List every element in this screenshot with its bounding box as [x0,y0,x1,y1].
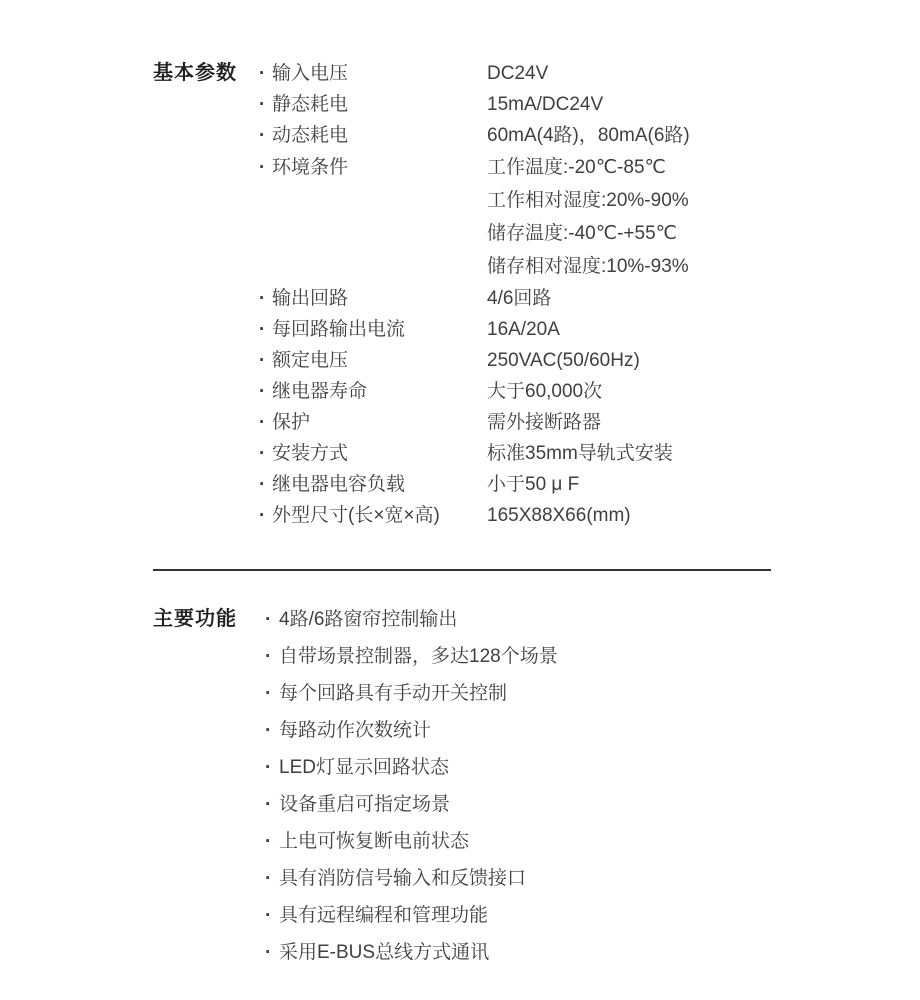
param-value-line: 工作相对湿度:20%-90% [487,184,860,217]
param-value: 250VAC(50/60Hz) [487,345,860,376]
bullet-icon: · [259,376,272,407]
bullet-icon: · [259,89,272,120]
function-text: 自带场景控制器，多达128个场景 [279,638,558,675]
param-label: 每回路输出电流 [272,314,487,345]
param-value-line: 储存温度:-40℃-+55℃ [487,217,860,250]
main-functions-title: 主要功能 [153,601,265,638]
function-text: 每路动作次数统计 [279,712,431,749]
basic-params-table: ·输入电压DC24V·静态耗电15mA/DC24V·动态耗电60mA(4路)，8… [259,58,860,531]
param-label: 输出回路 [272,283,487,314]
bullet-icon: · [259,469,272,500]
bullet-icon: · [265,675,279,712]
param-value-line: 储存相对湿度:10%-93% [487,250,860,283]
bullet-icon: · [259,58,272,89]
bullet-icon: · [265,897,279,934]
list-item: ·每路动作次数统计 [265,712,860,749]
list-item: ·每个回路具有手动开关控制 [265,675,860,712]
spec-document-page: 基本参数 ·输入电压DC24V·静态耗电15mA/DC24V·动态耗电60mA(… [0,0,920,1000]
table-row: ·静态耗电15mA/DC24V [259,89,860,120]
param-label: 静态耗电 [272,89,487,120]
function-text: 采用E-BUS总线方式通讯 [279,934,489,971]
bullet-icon: · [259,151,272,184]
bullet-icon: · [259,500,272,531]
table-row: ·安装方式标准35mm导轨式安装 [259,438,860,469]
param-value: 15mA/DC24V [487,89,860,120]
list-item: ·自带场景控制器，多达128个场景 [265,638,860,675]
function-text: 4路/6路窗帘控制输出 [279,601,457,638]
param-value: 4/6回路 [487,283,860,314]
section-divider [153,569,771,571]
function-text: 设备重启可指定场景 [279,786,450,823]
bullet-icon: · [265,749,279,786]
table-row: ·继电器寿命大于60,000次 [259,376,860,407]
function-text: LED灯显示回路状态 [279,749,449,786]
param-label: 保护 [272,407,487,438]
param-label: 安装方式 [272,438,487,469]
bullet-icon: · [265,601,279,638]
bullet-icon: · [259,120,272,151]
table-row: ·动态耗电60mA(4路)，80mA(6路) [259,120,860,151]
param-label: 额定电压 [272,345,487,376]
bullet-icon: · [259,345,272,376]
list-item: ·4路/6路窗帘控制输出 [265,601,860,638]
function-text: 具有远程编程和管理功能 [279,897,488,934]
bullet-icon: · [265,823,279,860]
bullet-icon: · [259,438,272,469]
table-row: ·保护需外接断路器 [259,407,860,438]
bullet-icon: · [265,712,279,749]
param-value: DC24V [487,58,860,89]
bullet-icon: · [259,283,272,314]
bullet-icon: · [265,786,279,823]
list-item: ·上电可恢复断电前状态 [265,823,860,860]
list-item: ·具有消防信号输入和反馈接口 [265,860,860,897]
table-row: ·输入电压DC24V [259,58,860,89]
bullet-icon: · [265,638,279,675]
param-value-line: 工作温度:-20℃-85℃ [487,151,860,184]
bullet-icon: · [259,407,272,438]
list-item: ·采用E-BUS总线方式通讯 [265,934,860,971]
bullet-icon: · [265,860,279,897]
param-label: 继电器电容负载 [272,469,487,500]
param-label: 输入电压 [272,58,487,89]
main-functions-list: ·4路/6路窗帘控制输出·自带场景控制器，多达128个场景·每个回路具有手动开关… [265,601,860,971]
table-row: ·外型尺寸(长×宽×高)165X88X66(mm) [259,500,860,531]
param-value: 16A/20A [487,314,860,345]
param-value: 工作温度:-20℃-85℃工作相对湿度:20%-90%储存温度:-40℃-+55… [487,151,860,283]
param-value: 小于50 μ F [487,469,860,500]
table-row: ·额定电压250VAC(50/60Hz) [259,345,860,376]
table-row: ·输出回路4/6回路 [259,283,860,314]
function-text: 每个回路具有手动开关控制 [279,675,507,712]
list-item: ·具有远程编程和管理功能 [265,897,860,934]
param-value: 165X88X66(mm) [487,500,860,531]
table-row: ·每回路输出电流16A/20A [259,314,860,345]
list-item: ·设备重启可指定场景 [265,786,860,823]
param-label: 外型尺寸(长×宽×高) [272,500,487,531]
param-label: 动态耗电 [272,120,487,151]
param-label: 继电器寿命 [272,376,487,407]
bullet-icon: · [259,314,272,345]
basic-params-title: 基本参数 [153,58,259,89]
table-row: ·环境条件工作温度:-20℃-85℃工作相对湿度:20%-90%储存温度:-40… [259,151,860,283]
function-text: 上电可恢复断电前状态 [279,823,469,860]
param-label: 环境条件 [272,151,487,184]
function-text: 具有消防信号输入和反馈接口 [279,860,526,897]
param-value: 60mA(4路)，80mA(6路) [487,120,860,151]
basic-params-section: 基本参数 ·输入电压DC24V·静态耗电15mA/DC24V·动态耗电60mA(… [0,58,920,531]
bullet-icon: · [265,934,279,971]
list-item: ·LED灯显示回路状态 [265,749,860,786]
param-value: 需外接断路器 [487,407,860,438]
param-value: 标准35mm导轨式安装 [487,438,860,469]
main-functions-section: 主要功能 ·4路/6路窗帘控制输出·自带场景控制器，多达128个场景·每个回路具… [0,601,920,971]
param-value: 大于60,000次 [487,376,860,407]
table-row: ·继电器电容负载小于50 μ F [259,469,860,500]
